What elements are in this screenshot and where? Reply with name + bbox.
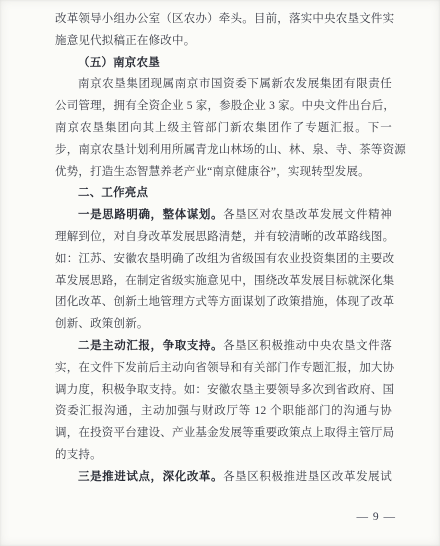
text-line: 施意见代拟稿正在修改中。 <box>55 31 392 53</box>
text-line: 南京农垦集团现属南京市国资委下属新农发展集团有限责任 <box>55 74 392 96</box>
text-line: 三是推进试点，深化改革。各垦区积极推进垦区改革发展试 <box>55 467 392 489</box>
document-page: 改革领导小组办公室（区农办）牵头。目前，落实中央农垦文件实 施意见代拟稿正在修改… <box>0 0 440 546</box>
text-line: 团化改革、创新土地管理方式等方面谋划了政策措施，体现了改革 <box>55 292 392 314</box>
page-body: 改革领导小组办公室（区农办）牵头。目前，落实中央农垦文件实 施意见代拟稿正在修改… <box>0 0 440 489</box>
text-line: 公司管理，拥有全资企业 5 家，参股企业 3 家。中央文件出台后， <box>55 96 392 118</box>
text-line: 创新、政策创新。 <box>55 314 392 336</box>
paragraph-lead: 三是推进试点，深化改革。 <box>78 471 223 483</box>
text-line: 调，在投资平台建设、产业基金发展等重要政策点上取得主管厅局 <box>55 423 392 445</box>
text-line: 如：江苏、安徽农垦明确了改组为省级国有农业投资集团的主要改 <box>55 249 392 271</box>
text-line: 步，南京农垦计划利用所属青龙山林场的山、林、泉、寺、茶等资源 <box>55 140 392 162</box>
paragraph-lead: 二是主动汇报，争取支持。 <box>78 340 223 352</box>
paragraph-text: 各垦区积极推动中央农垦文件落 <box>223 340 392 352</box>
text-line: 优势，打造生态智慧养老产业“南京健康谷”，实现转型发展。 <box>55 162 392 184</box>
text-line: 调力度，积极争取支持。如：安徽农垦主要领导多次到省政府、国 <box>55 380 392 402</box>
text-line: 改革领导小组办公室（区农办）牵头。目前，落实中央农垦文件实 <box>55 9 392 31</box>
page-number: — 9 — <box>0 510 440 524</box>
text-line: 南京农垦集团向其上级主管部门新农集团作了专题汇报。下一 <box>55 118 392 140</box>
text-line: 理解到位，对自身改革发展思路清楚，并有较清晰的改革路线图。 <box>55 227 392 249</box>
paragraph-lead: 一是思路明确，整体谋划。 <box>78 209 223 221</box>
text-line: 革发展思路，在制定省级实施意见中，围绕改革发展目标就深化集 <box>55 271 392 293</box>
paragraph-text: 各垦区对农垦改革发展文件精神 <box>223 209 392 221</box>
text-line: 一是思路明确，整体谋划。各垦区对农垦改革发展文件精神 <box>55 205 392 227</box>
text-line: 二是主动汇报，争取支持。各垦区积极推动中央农垦文件落 <box>55 336 392 358</box>
text-line: 实，在文件下发前后主动向省领导和有关部门作专题汇报，加大协 <box>55 358 392 380</box>
section-heading: 二、工作亮点 <box>55 183 392 205</box>
section-heading: （五）南京农垦 <box>55 53 392 75</box>
paragraph-text: 各垦区积极推进垦区改革发展试 <box>223 471 392 483</box>
text-line: 资委汇报沟通，主动加强与财政厅等 12 个职能部门的沟通与协 <box>55 401 392 423</box>
text-line: 的支持。 <box>55 445 392 467</box>
